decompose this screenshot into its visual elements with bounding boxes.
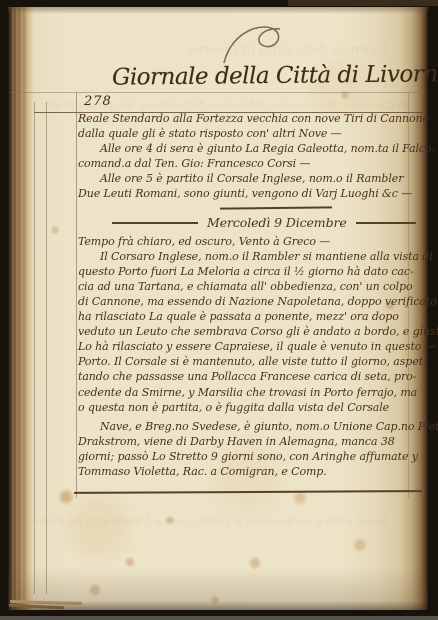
- manuscript-line: o questa non è partita, o è fuggita dall…: [78, 400, 422, 415]
- manuscript-line: Reale Stendardo alla Fortezza vecchia co…: [78, 111, 422, 126]
- ink-bleedthrough: Nave, e Breg.no Svedese, è giunto, nom.o…: [68, 515, 388, 528]
- book-board-edge: [288, 0, 438, 6]
- manuscript-page: Giornale della Città di Livorno di Canno…: [8, 7, 428, 610]
- manuscript-line: Il Corsaro Inglese, nom.o il Rambler si …: [78, 249, 422, 264]
- text-block-left-rule: [76, 92, 77, 498]
- page-number: 278: [84, 94, 112, 109]
- manuscript-text-block: Reale Stendardo alla Fortezza vecchia co…: [78, 111, 422, 479]
- manuscript-scan: Giornale della Città di Livorno di Canno…: [0, 0, 438, 620]
- ink-underline: [220, 206, 332, 209]
- manuscript-line: Tommaso Violetta, Rac. a Comigran, e Com…: [78, 464, 422, 479]
- entry-closing-rule: [74, 490, 422, 494]
- heading-rule-left: [112, 222, 198, 224]
- manuscript-line: Porto. Il Corsale si è mantenuto, alle v…: [78, 354, 422, 369]
- closing-underline-row: [78, 202, 422, 212]
- heading-rule-right: [356, 222, 416, 224]
- manuscript-line: cia ad una Tartana, e chiamata all' obbe…: [78, 279, 422, 294]
- scanner-edge: [0, 616, 438, 620]
- manuscript-line: cedente da Smirne, y Marsilia che trovas…: [78, 385, 422, 400]
- manuscript-line: dalla quale gli è stato risposto con' al…: [78, 126, 422, 141]
- book-page-edge: [9, 604, 64, 609]
- header-rule-faint: [10, 92, 424, 93]
- manuscript-line: Alle ore 5 è partito il Corsale Inglese,…: [78, 171, 422, 186]
- manuscript-line: tando che passasse una Pollacca Francese…: [78, 369, 422, 384]
- manuscript-line: Alle ore 4 di sera è giunto La Regia Gal…: [78, 141, 422, 156]
- manuscript-line: Tempo frà chiaro, ed oscuro, Vento à Gre…: [78, 234, 422, 249]
- manuscript-line: questo Porto fuori La Meloria a circa il…: [78, 264, 422, 279]
- calligraphic-flourish: [214, 19, 304, 67]
- entry-heading-row: Mercoledì 9 Dicembre: [78, 212, 422, 234]
- margin-rule-outer: [34, 102, 35, 594]
- manuscript-line: comand.a dal Ten. Gio: Francesco Corsi —: [78, 156, 422, 171]
- manuscript-line: Lo hà rilasciato y essere Capraiese, il …: [78, 339, 422, 354]
- manuscript-line: Due Leuti Romani, sono giunti, vengono d…: [78, 186, 422, 201]
- margin-rule-inner: [46, 102, 47, 594]
- page-title: Giornale della Città di Livorno: [112, 61, 424, 90]
- manuscript-line: Nave, e Breg.no Svedese, è giunto, nom.o…: [78, 419, 422, 434]
- manuscript-line: Drakstrom, viene di Darby Haven in Alema…: [78, 434, 422, 449]
- entry-date-heading: Mercoledì 9 Dicembre: [198, 215, 356, 230]
- manuscript-line: giorni; passò Lo Stretto 9 giorni sono, …: [78, 449, 422, 464]
- manuscript-line: di Cannone, ma essendo di Nazione Napole…: [78, 294, 422, 309]
- manuscript-line: ha rilasciato La quale è passata a ponen…: [78, 309, 422, 324]
- manuscript-line: veduto un Leuto che sembrava Corso gli è…: [78, 324, 422, 339]
